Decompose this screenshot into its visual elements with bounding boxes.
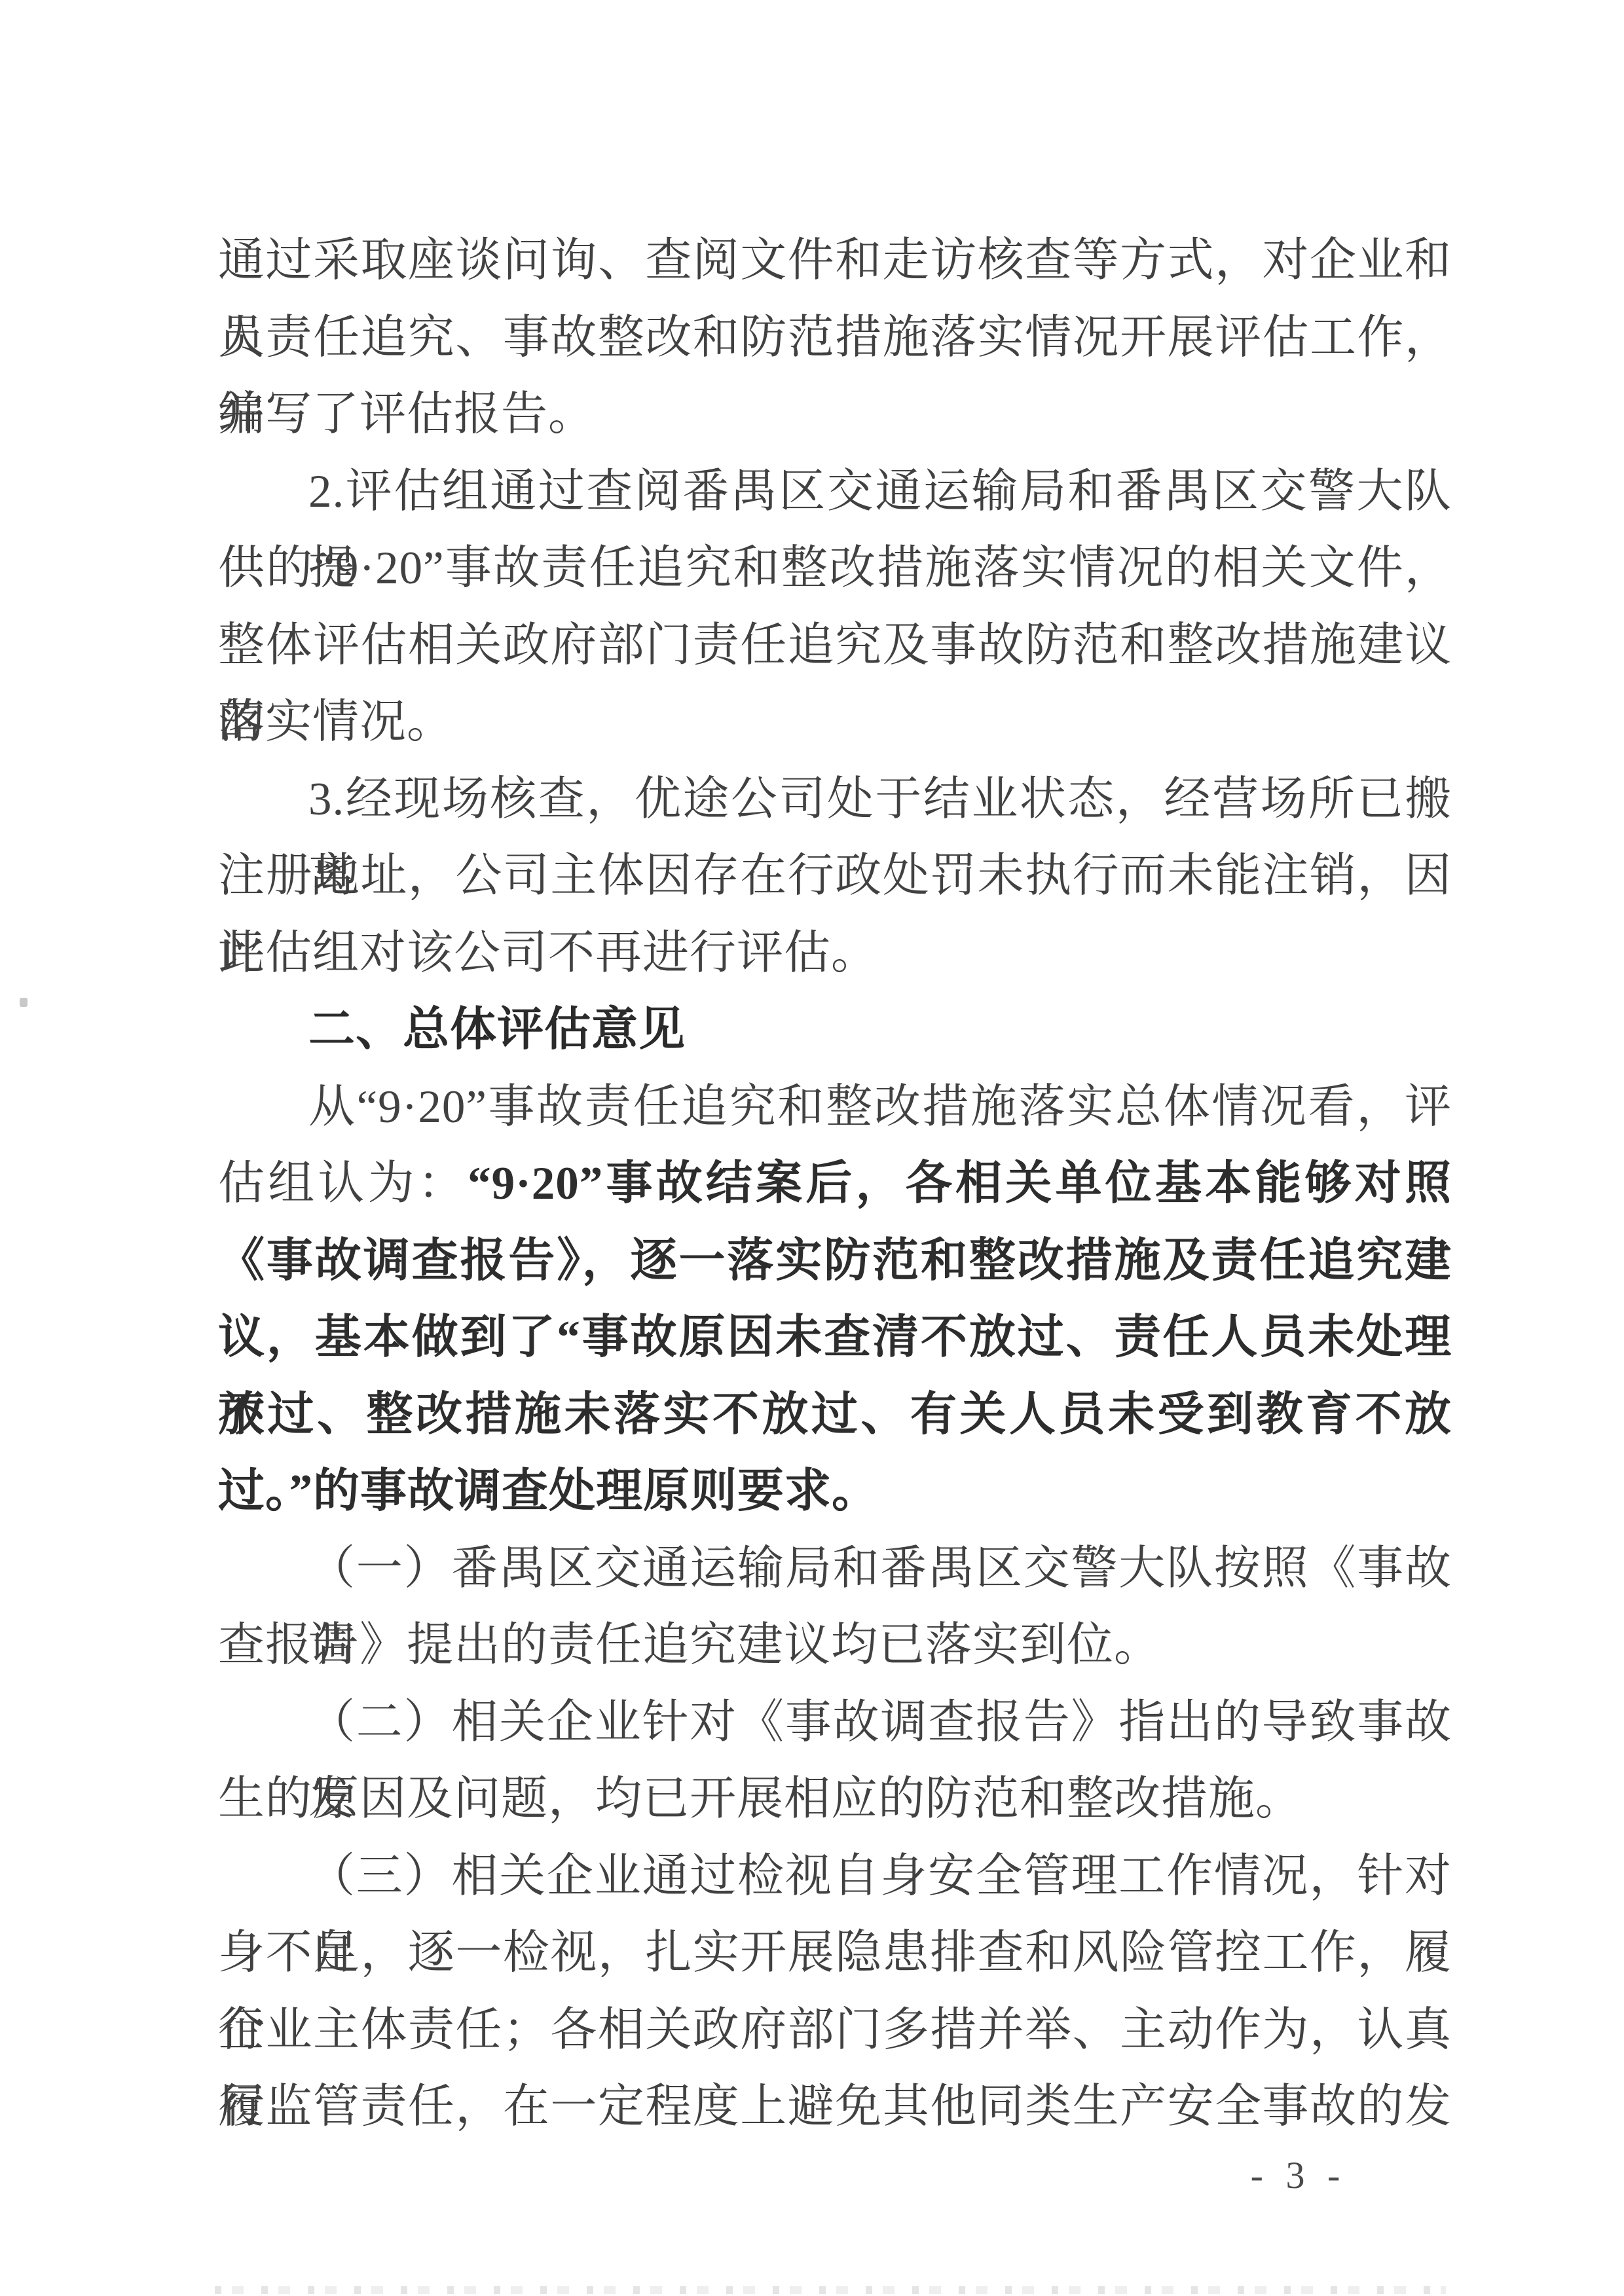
text-line-10: 评估组对该公司不再进行评估。 xyxy=(218,915,1452,993)
text-line-01: 通过采取座谈问询、查阅文件和走访核查等方式，对企业和人 xyxy=(218,223,1452,300)
scan-artifact-bottom xyxy=(215,2286,1446,2294)
text-line-07: 落实情况。 xyxy=(218,684,1452,761)
text-line-02: 员责任追究、事故整改和防范措施落实情况开展评估工作，并 xyxy=(218,300,1452,377)
text-line-13-regular: 估组认为： xyxy=(218,1158,468,1209)
text-line-12: 从“9·20”事故责任追究和整改措施落实总体情况看，评 xyxy=(218,1069,1452,1146)
text-line-25: 行监管责任，在一定程度上避免其他同类生产安全事故的发 xyxy=(218,2069,1452,2146)
text-line-05: 供的“9·20”事故责任追究和整改措施落实情况的相关文件， xyxy=(218,530,1452,608)
text-line-22: （三）相关企业通过检视自身安全管理工作情况，针对自 xyxy=(218,1838,1452,1916)
text-line-04: 2.评估组通过查阅番禺区交通运输局和番禺区交警大队提 xyxy=(218,454,1452,531)
text-line-14: 《事故调查报告》，逐一落实防范和整改措施及责任追究建 xyxy=(218,1223,1452,1300)
text-line-17: 过。”的事故调查处理原则要求。 xyxy=(218,1453,1452,1531)
text-line-13-bold: “9·20”事故结案后，各相关单位基本能够对照 xyxy=(468,1158,1452,1209)
document-page: 通过采取座谈问询、查阅文件和走访核查等方式，对企业和人 员责任追究、事故整改和防… xyxy=(0,0,1624,2296)
text-line-24: 企业主体责任；各相关政府部门多措并举、主动作为，认真履 xyxy=(218,1992,1452,2069)
text-line-08: 3.经现场核查，优途公司处于结业状态，经营场所已搬离 xyxy=(218,761,1452,839)
text-line-19: 查报告》提出的责任追究建议均已落实到位。 xyxy=(218,1607,1452,1685)
section-heading: 二、总体评估意见 xyxy=(218,992,1452,1069)
text-line-18: （一）番禺区交通运输局和番禺区交警大队按照《事故调 xyxy=(218,1531,1452,1608)
text-line-09: 注册地址，公司主体因存在行政处罚未执行而未能注销，因此 xyxy=(218,838,1452,915)
text-line-06: 整体评估相关政府部门责任追究及事故防范和整改措施建议的 xyxy=(218,608,1452,685)
text-line-15: 议，基本做到了“事故原因未查清不放过、责任人员未处理不 xyxy=(218,1300,1452,1377)
text-line-20: （二）相关企业针对《事故调查报告》指出的导致事故发 xyxy=(218,1685,1452,1762)
text-line-23: 身不足，逐一检视，扎实开展隐患排查和风险管控工作，履行 xyxy=(218,1915,1452,1992)
text-line-21: 生的原因及问题，均已开展相应的防范和整改措施。 xyxy=(218,1761,1452,1838)
text-line-03: 编写了评估报告。 xyxy=(218,376,1452,454)
text-line-13: 估组认为：“9·20”事故结案后，各相关单位基本能够对照 xyxy=(218,1146,1452,1223)
text-line-16: 放过、整改措施未落实不放过、有关人员未受到教育不放 xyxy=(218,1377,1452,1454)
page-number: - 3 - xyxy=(1217,2153,1380,2198)
scan-artifact-speck xyxy=(20,998,28,1007)
document-body: 通过采取座谈问询、查阅文件和走访核查等方式，对企业和人 员责任追究、事故整改和防… xyxy=(218,223,1452,2146)
